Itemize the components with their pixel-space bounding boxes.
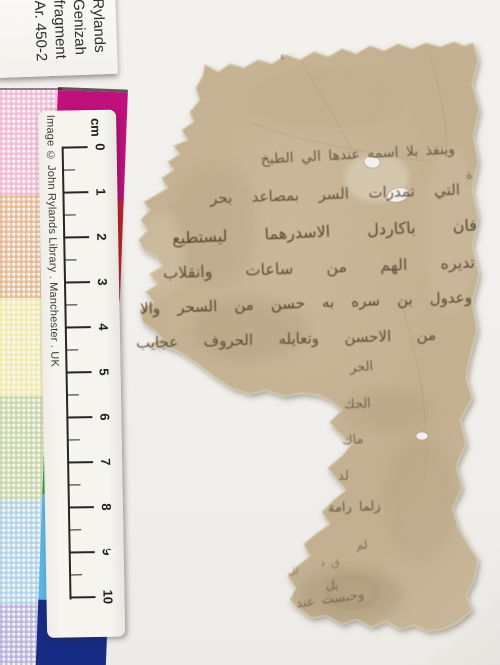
manuscript-edge-mark: ق د: [320, 556, 340, 569]
manuscript-edge-mark: ماك: [341, 432, 364, 449]
manuscript-edge-mark: لد: [338, 469, 349, 484]
manuscript-edge-mark: زلما رامة: [328, 499, 381, 516]
manuscript-edge-mark: لم: [355, 537, 368, 552]
manuscript-edge-mark: الحر: [350, 359, 374, 376]
manuscript-edge-mark: ء: [280, 50, 285, 63]
manuscript-edge-mark: الحك: [344, 396, 372, 412]
manuscript-edge-mark: لل: [288, 566, 299, 577]
photo-stage: Image © John Rylands Library . Mancheste…: [0, 0, 500, 665]
